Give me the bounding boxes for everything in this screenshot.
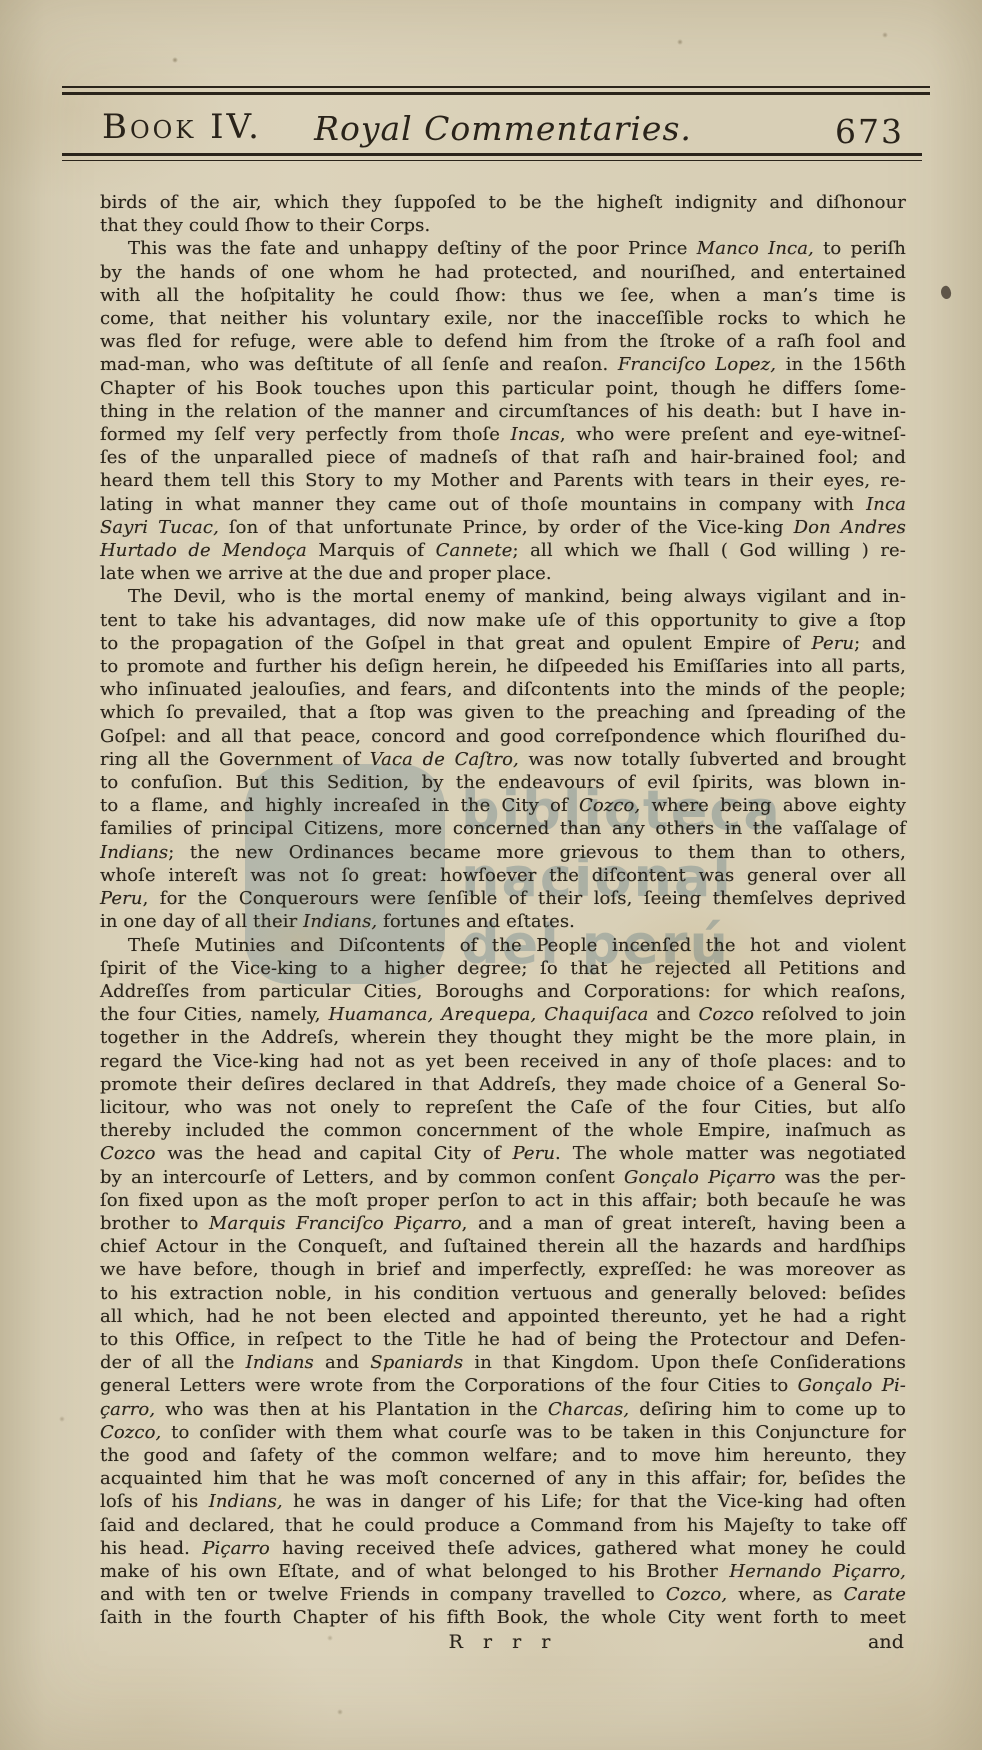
text-line: families of principal Citizens, more con… [100,817,906,840]
text-line: Addreſſes from particular Cities, Boroug… [100,980,906,1003]
text-line: thing in the relation of the manner and … [100,400,906,423]
book-label: Book IV. [102,107,262,147]
text-line: heard them tell this Story to my Mother … [100,469,906,492]
text-line: Theſe Mutinies and Diſcontents of the Pe… [100,934,906,957]
text-line: to promote and further his deſign herein… [100,655,906,678]
text-line: to a flame, and highly increaſed in the … [100,794,906,817]
text-line: The Devil, who is the mortal enemy of ma… [100,585,906,608]
text-line: the good and ſafety of the common welfar… [100,1444,906,1467]
text-line: his head. Piçarro having received theſe … [100,1537,906,1560]
text-line: by the hands of one whom he had protecte… [100,261,906,284]
text-line: whoſe intereſt was not ſo great: howſoev… [100,864,906,887]
signature-mark: R r r r [449,1631,558,1653]
text-line: which ſo prevailed, that a ſtop was give… [100,701,906,724]
text-line: to confuſion. But this Sedition, by the … [100,771,906,794]
book-page: biblioteca nacional del perú Book IV. Ro… [0,0,982,1750]
text-line: formed my ſelf very perfectly from thoſe… [100,423,906,446]
text-line: ſpirit of the Vice-king to a higher degr… [100,957,906,980]
text-line: that they could ſhow to their Corps. [100,214,906,237]
footer-line: R r r r and [100,1631,906,1654]
text-line: come, that neither his voluntary exile, … [100,307,906,330]
text-line: çarro, who was then at his Plantation in… [100,1398,906,1421]
paragraph: This was the fate and unhappy deſtiny of… [100,237,906,585]
text-line: in one day of all their Indians, fortune… [100,910,906,933]
text-line: Goſpel: and all that peace, concord and … [100,725,906,748]
body-text: birds of the air, which they ſuppoſed to… [100,161,906,1630]
text-line: together in the Addreſs, wherein they th… [100,1026,906,1049]
text-line: acquainted him that he was moſt concerne… [100,1467,906,1490]
paragraph: The Devil, who is the mortal enemy of ma… [100,585,906,933]
text-line: to the propagation of the Goſpel in that… [100,632,906,655]
text-line: we have before, though in brief and impe… [100,1258,906,1281]
text-line: regard the Vice-king had not as yet been… [100,1050,906,1073]
text-line: Indians; the new Ordinances became more … [100,841,906,864]
text-line: the four Cities, namely, Huamanca, Arequ… [100,1003,906,1026]
text-block: Book IV. Royal Commentaries. 673 birds o… [100,86,906,1654]
text-line: who inſinuated jealouſies, and fears, an… [100,678,906,701]
text-line: chief Actour in the Conqueſt, and ſuſtai… [100,1235,906,1258]
text-line: promote their deſires declared in that A… [100,1073,906,1096]
text-line: brother to Marquis Franciſco Piçarro, an… [100,1212,906,1235]
text-line: ſon fixed upon as the moſt proper perſon… [100,1189,906,1212]
text-line: by an intercourſe of Letters, and by com… [100,1166,906,1189]
text-line: ſaith in the fourth Chapter of his fifth… [100,1606,906,1629]
text-line: general Letters were wrote from the Corp… [100,1374,906,1397]
header-rule-top [62,86,930,95]
text-line: Cozco was the head and capital City of P… [100,1142,906,1165]
paragraph: birds of the air, which they ſuppoſed to… [100,191,906,237]
text-line: lating in what manner they came out of t… [100,493,906,516]
text-line: all which, had he not been elected and a… [100,1305,906,1328]
text-line: make of his own Eſtate, and of what belo… [100,1560,906,1583]
text-line: ſes of the unparalled piece of madneſs o… [100,446,906,469]
text-line: mad-man, who was deſtitute of all ſenſe … [100,353,906,376]
text-line: to this Office, in reſpect to the Title … [100,1328,906,1351]
text-line: to his extraction noble, in his conditio… [100,1282,906,1305]
text-line: Chapter of his Book touches upon this pa… [100,377,906,400]
text-line: late when we arrive at the due and prope… [100,562,906,585]
text-line: licitour, who was not onely to repreſent… [100,1096,906,1119]
text-line: was fled for refuge, were able to defend… [100,330,906,353]
text-line: Hurtado de Mendoça Marquis of Cannete; a… [100,539,906,562]
page-title: Royal Commentaries. [314,109,692,148]
text-line: tent to take his advantages, did now mak… [100,609,906,632]
running-header: Book IV. Royal Commentaries. 673 [100,95,906,153]
text-line: Cozco, to conſider with them what courſe… [100,1421,906,1444]
text-line: ſaid and declared, that he could produce… [100,1514,906,1537]
header-rule-bottom [62,153,922,161]
text-line: Sayri Tucac, ſon of that unfortunate Pri… [100,516,906,539]
text-line: This was the fate and unhappy deſtiny of… [100,237,906,260]
text-line: ring all the Government of Vaca de Caſtr… [100,748,906,771]
text-line: thereby included the common concernment … [100,1119,906,1142]
paragraph: Theſe Mutinies and Diſcontents of the Pe… [100,934,906,1630]
catchword: and [868,1631,904,1654]
text-line: Peru, for the Conquerours were ſenſible … [100,887,906,910]
text-line: and with ten or twelve Friends in compan… [100,1583,906,1606]
text-line: with all the hoſpitality he could ſhow: … [100,284,906,307]
text-line: der of all the Indians and Spaniards in … [100,1351,906,1374]
page-number: 673 [835,112,904,151]
text-line: birds of the air, which they ſuppoſed to… [100,191,906,214]
ink-speck [939,285,953,301]
text-line: loſs of his Indians, he was in danger of… [100,1490,906,1513]
